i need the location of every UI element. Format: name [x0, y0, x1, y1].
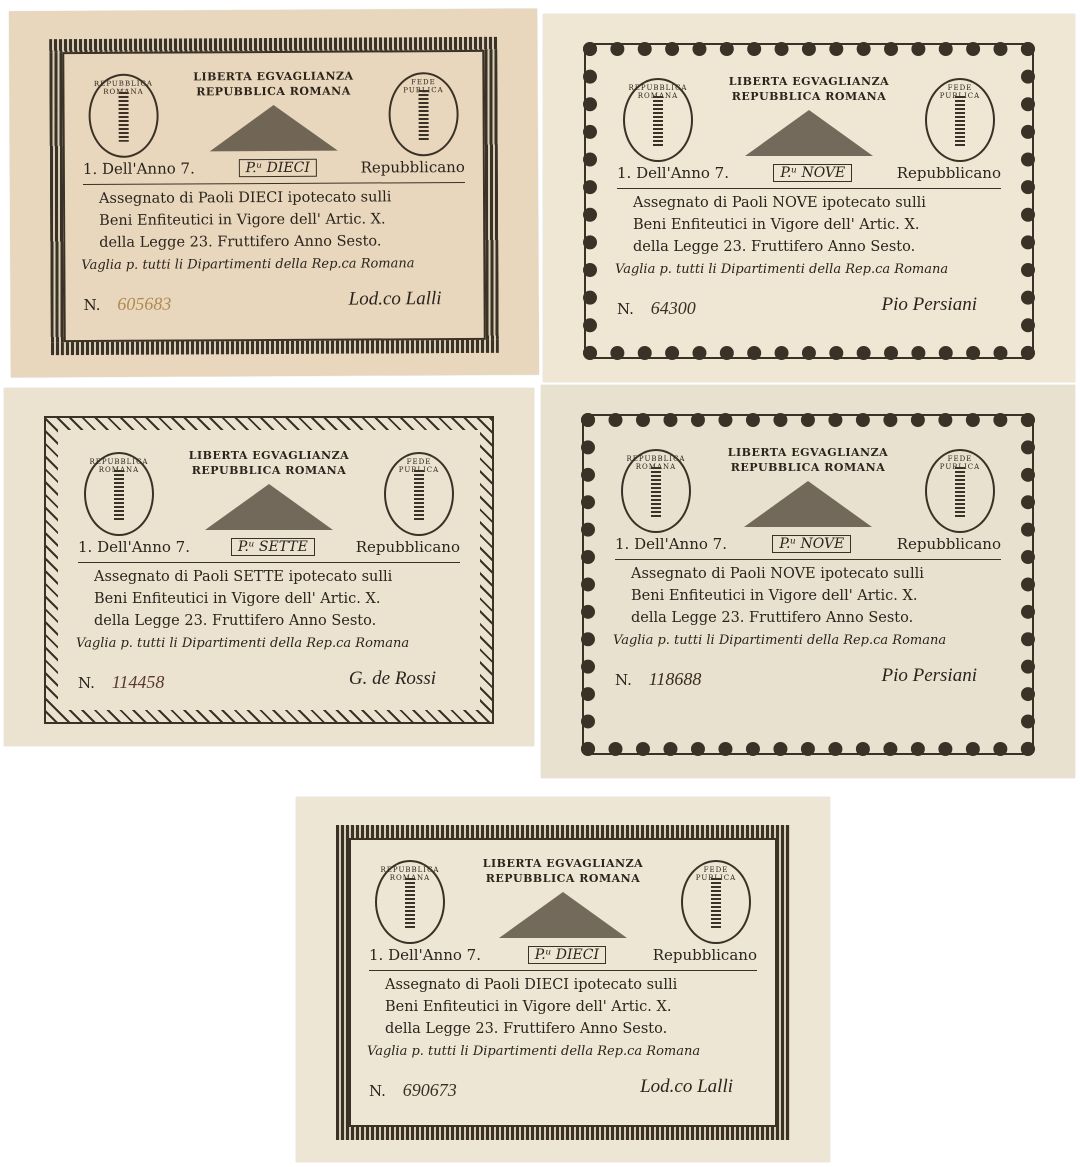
date-left: 1. Dell'Anno 7. — [617, 164, 729, 182]
serial: N. 114458 — [78, 672, 164, 693]
date-right: Repubblicano — [361, 158, 465, 177]
note-inner: REPUBBLICA ROMANA FEDE PUBLICA LIBERTA E… — [76, 60, 471, 334]
banknote-2: REPUBBLICA ROMANA FEDE PUBLICA LIBERTA E… — [543, 14, 1075, 382]
note-inner: REPUBBLICA ROMANA FEDE PUBLICA LIBERTA E… — [363, 848, 763, 1119]
signature: G. de Rossi — [349, 668, 436, 690]
divider — [369, 970, 757, 971]
note-header: LIBERTA EGVAGLIANZA REPUBBLICA ROMANA — [609, 445, 1007, 475]
validity-script: Vaglia p. tutti li Dipartimenti della Re… — [615, 262, 1003, 277]
ornamental-border: REPUBBLICA ROMANA FEDE PUBLICA LIBERTA E… — [583, 42, 1035, 360]
body-line: Beni Enfiteutici in Vigore dell' Artic. … — [631, 585, 997, 607]
body-line: della Legge 23. Fruttifero Anno Sesto. — [99, 230, 461, 254]
date-right: Repubblicano — [653, 946, 757, 964]
date-right: Repubblicano — [356, 538, 460, 556]
serial-number: 118688 — [649, 669, 702, 689]
note-inner: REPUBBLICA ROMANA FEDE PUBLICA LIBERTA E… — [609, 437, 1007, 734]
header-motto: LIBERTA EGVAGLIANZA — [611, 74, 1007, 89]
header-motto: LIBERTA EGVAGLIANZA — [363, 856, 763, 871]
date-left: 1. Dell'Anno 7. — [615, 535, 727, 553]
body-line: Beni Enfiteutici in Vigore dell' Artic. … — [385, 996, 753, 1018]
signature: Lod.co Lalli — [640, 1076, 733, 1098]
date-right: Repubblicano — [897, 535, 1001, 553]
serial-number: 605683 — [117, 294, 171, 314]
serial: N. 605683 — [84, 294, 172, 315]
body-line: Beni Enfiteutici in Vigore dell' Artic. … — [99, 208, 461, 232]
serial-label: N. — [78, 674, 95, 692]
eagle-icon — [205, 484, 333, 530]
note-header: LIBERTA EGVAGLIANZA REPUBBLICA ROMANA — [72, 448, 466, 478]
note-body: Assegnato di Paoli DIECI ipotecato sulli… — [99, 186, 461, 254]
header-republic: REPUBBLICA ROMANA — [611, 89, 1007, 104]
note-header: LIBERTA EGVAGLIANZA REPUBBLICA ROMANA — [76, 68, 470, 100]
date-left: 1. Dell'Anno 7. — [369, 946, 481, 964]
divider — [83, 182, 465, 185]
note-header: LIBERTA EGVAGLIANZA REPUBBLICA ROMANA — [363, 856, 763, 886]
eagle-icon — [745, 110, 873, 156]
body-line: della Legge 23. Fruttifero Anno Sesto. — [631, 607, 997, 629]
date-left: 1. Dell'Anno 7. — [78, 538, 190, 556]
serial-number: 690673 — [403, 1080, 457, 1100]
eagle-icon — [744, 481, 872, 527]
header-republic: REPUBBLICA ROMANA — [76, 83, 470, 100]
serial-number: 114458 — [112, 672, 165, 692]
date-row: 1. Dell'Anno 7. P.ᵘ NOVE Repubblicano — [617, 164, 1001, 182]
body-line: Assegnato di Paoli NOVE ipotecato sulli — [633, 192, 997, 214]
banknote-5: REPUBBLICA ROMANA FEDE PUBLICA LIBERTA E… — [296, 797, 830, 1162]
body-line: Assegnato di Paoli NOVE ipotecato sulli — [631, 563, 997, 585]
denomination-box: P.ᵘ DIECI — [528, 946, 606, 964]
body-line: Assegnato di Paoli SETTE ipotecato sulli — [94, 566, 456, 588]
date-left: 1. Dell'Anno 7. — [83, 159, 195, 178]
header-republic: REPUBBLICA ROMANA — [72, 463, 466, 478]
header-republic: REPUBBLICA ROMANA — [363, 871, 763, 886]
note-body: Assegnato di Paoli NOVE ipotecato sulli … — [631, 563, 997, 629]
denomination-box: P.ᵘ DIECI — [239, 159, 317, 177]
body-line: della Legge 23. Fruttifero Anno Sesto. — [633, 236, 997, 258]
date-right: Repubblicano — [897, 164, 1001, 182]
eagle-icon — [499, 892, 627, 938]
divider — [615, 559, 1001, 560]
note-body: Assegnato di Paoli DIECI ipotecato sulli… — [385, 974, 753, 1040]
header-republic: REPUBBLICA ROMANA — [609, 460, 1007, 475]
date-row: 1. Dell'Anno 7. P.ᵘ SETTE Repubblicano — [78, 538, 460, 556]
banknote-4: REPUBBLICA ROMANA FEDE PUBLICA LIBERTA E… — [541, 385, 1075, 778]
signature: Pio Persiani — [881, 294, 977, 316]
serial-label: N. — [369, 1082, 386, 1100]
banknote-1: REPUBBLICA ROMANA FEDE PUBLICA LIBERTA E… — [9, 9, 539, 378]
serial: N. 690673 — [369, 1080, 457, 1101]
denomination-box: P.ᵘ NOVE — [773, 164, 852, 182]
note-header: LIBERTA EGVAGLIANZA REPUBBLICA ROMANA — [611, 74, 1007, 104]
body-line: Beni Enfiteutici in Vigore dell' Artic. … — [94, 588, 456, 610]
date-row: 1. Dell'Anno 7. P.ᵘ NOVE Repubblicano — [615, 535, 1001, 553]
header-motto: LIBERTA EGVAGLIANZA — [609, 445, 1007, 460]
body-line: Assegnato di Paoli DIECI ipotecato sulli — [385, 974, 753, 996]
denomination-box: P.ᵘ NOVE — [772, 535, 851, 553]
ornamental-border: REPUBBLICA ROMANA FEDE PUBLICA LIBERTA E… — [336, 825, 790, 1140]
divider — [617, 188, 1001, 189]
body-line: della Legge 23. Fruttifero Anno Sesto. — [94, 610, 456, 632]
validity-script: Vaglia p. tutti li Dipartimenti della Re… — [81, 256, 467, 273]
ornamental-border: REPUBBLICA ROMANA FEDE PUBLICA LIBERTA E… — [581, 413, 1035, 756]
eagle-icon — [210, 105, 338, 152]
ornamental-border: REPUBBLICA ROMANA FEDE PUBLICA LIBERTA E… — [49, 37, 499, 355]
note-body: Assegnato di Paoli SETTE ipotecato sulli… — [94, 566, 456, 632]
body-line: Assegnato di Paoli DIECI ipotecato sulli — [99, 186, 461, 210]
divider — [78, 562, 460, 563]
serial-number: 64300 — [651, 298, 696, 318]
body-line: Beni Enfiteutici in Vigore dell' Artic. … — [633, 214, 997, 236]
ornamental-border: REPUBBLICA ROMANA FEDE PUBLICA LIBERTA E… — [44, 416, 494, 724]
body-line: della Legge 23. Fruttifero Anno Sesto. — [385, 1018, 753, 1040]
serial-label: N. — [615, 671, 632, 689]
signature: Lod.co Lalli — [349, 288, 442, 310]
note-inner: REPUBBLICA ROMANA FEDE PUBLICA LIBERTA E… — [72, 440, 466, 702]
banknote-3: REPUBBLICA ROMANA FEDE PUBLICA LIBERTA E… — [4, 388, 534, 746]
note-inner: REPUBBLICA ROMANA FEDE PUBLICA LIBERTA E… — [611, 66, 1007, 338]
validity-script: Vaglia p. tutti li Dipartimenti della Re… — [76, 636, 462, 651]
serial-label: N. — [617, 300, 634, 318]
signature: Pio Persiani — [881, 665, 977, 687]
header-motto: LIBERTA EGVAGLIANZA — [72, 448, 466, 463]
validity-script: Vaglia p. tutti li Dipartimenti della Re… — [367, 1044, 759, 1059]
serial: N. 118688 — [615, 669, 701, 690]
validity-script: Vaglia p. tutti li Dipartimenti della Re… — [613, 633, 1003, 648]
denomination-box: P.ᵘ SETTE — [231, 538, 315, 556]
serial: N. 64300 — [617, 298, 696, 319]
note-body: Assegnato di Paoli NOVE ipotecato sulli … — [633, 192, 997, 258]
date-row: 1. Dell'Anno 7. P.ᵘ DIECI Repubblicano — [83, 158, 465, 178]
serial-label: N. — [84, 296, 101, 314]
date-row: 1. Dell'Anno 7. P.ᵘ DIECI Repubblicano — [369, 946, 757, 964]
